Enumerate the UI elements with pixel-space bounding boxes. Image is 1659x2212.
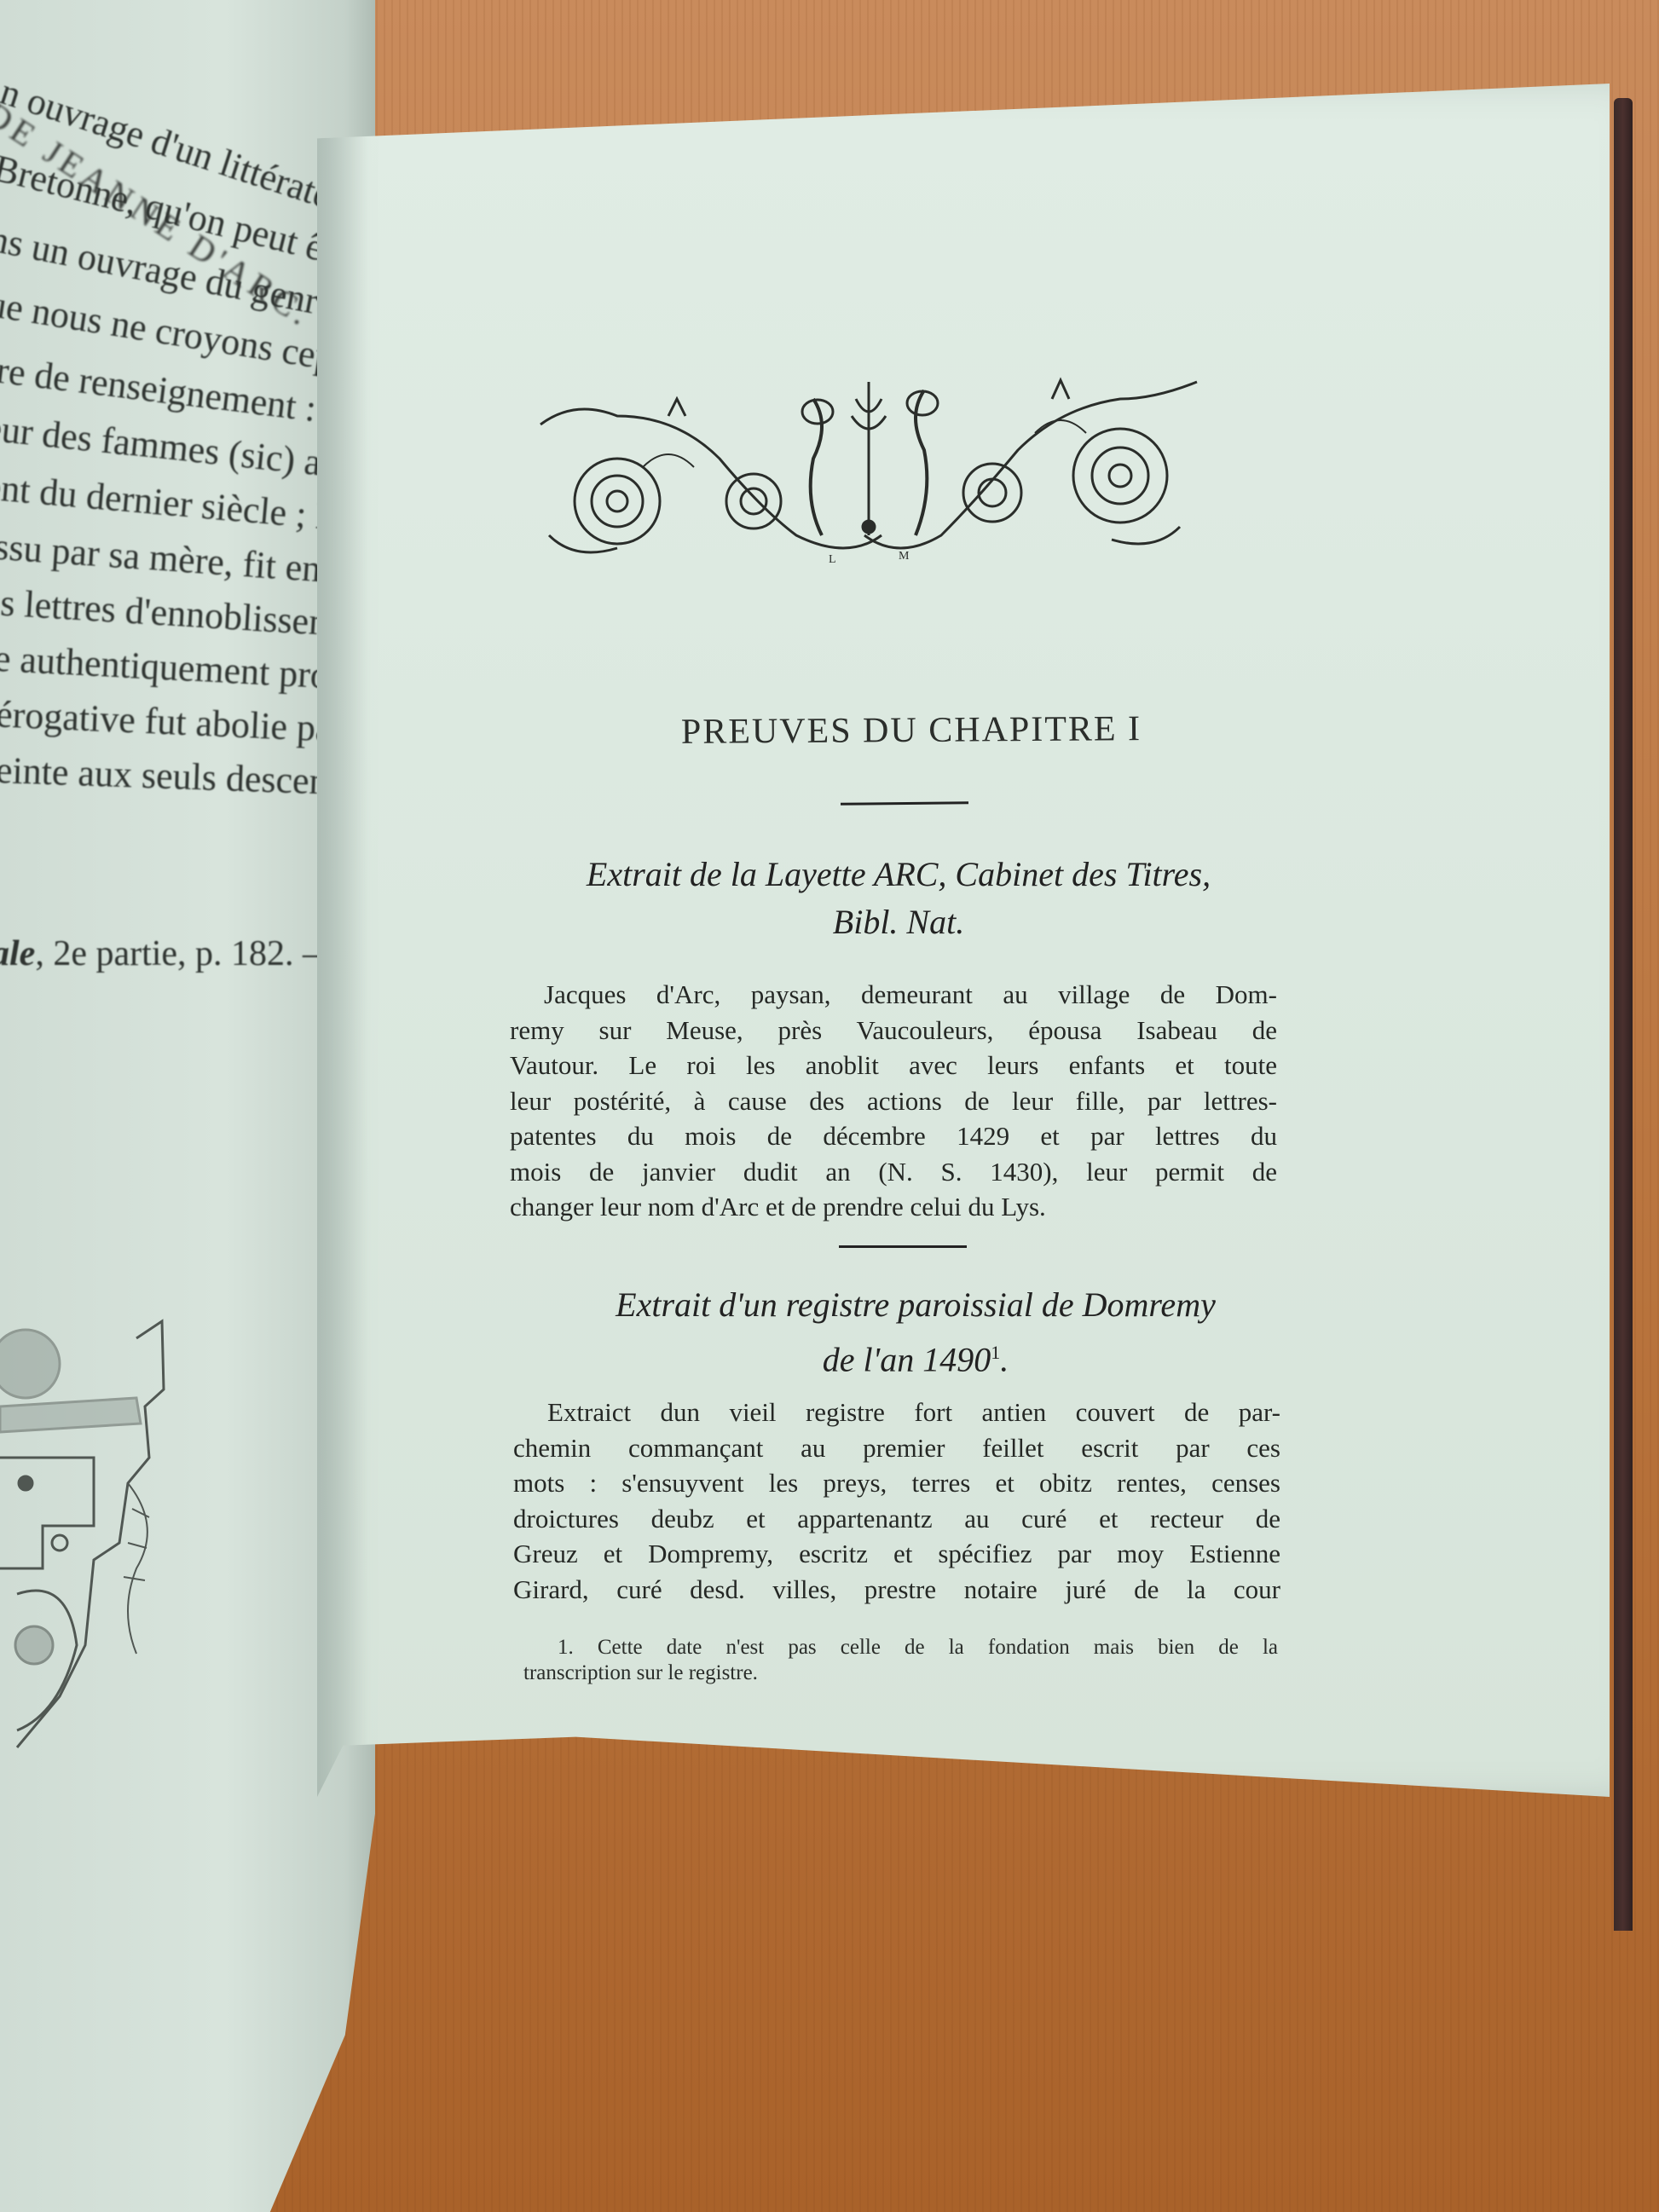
footnote: 1. Cette date n'est pas celle de la fond… xyxy=(523,1635,1278,1686)
book-spine-edge xyxy=(1614,98,1633,1931)
left-page-text: n ouvrage d'un littérateur du Bretonne, … xyxy=(0,179,341,813)
left-page-reference: ale, 2e partie, p. 182. — La xyxy=(0,933,332,974)
body-line: changer leur nom d'Arc et de prendre cel… xyxy=(510,1189,1277,1225)
body-line: droictures deubz et appartenantz au curé… xyxy=(513,1501,1280,1537)
section-body-1: Jacques d'Arc, paysan, demeurant au vill… xyxy=(510,977,1277,1225)
chapter-title: PREUVES DU CHAPITRE I xyxy=(634,708,1188,754)
title-rule-divider xyxy=(841,801,968,806)
section-heading-1: Extrait de la Layette ARC, Cabinet des T… xyxy=(506,851,1291,946)
heading-period: . xyxy=(1000,1340,1009,1378)
heading-line: Bibl. Nat. xyxy=(506,898,1291,946)
body-line: remy sur Meuse, près Vaucouleurs, épousa… xyxy=(510,1013,1277,1048)
section-rule-divider xyxy=(839,1245,967,1248)
svg-text:M: M xyxy=(899,550,910,563)
body-line: mots : s'ensuyvent les preys, terres et … xyxy=(513,1465,1280,1501)
heading-line: Extrait d'un registre paroissial de Domr… xyxy=(523,1281,1308,1329)
body-line: Jacques d'Arc, paysan, demeurant au vill… xyxy=(510,977,1277,1013)
body-line: Extraict dun vieil registre fort antien … xyxy=(513,1395,1280,1430)
body-line: mois de janvier dudit an (N. S. 1430), l… xyxy=(510,1154,1277,1190)
heading-line: Extrait de la Layette ARC, Cabinet des T… xyxy=(506,851,1291,898)
body-line: Girard, curé desd. villes, prestre notai… xyxy=(513,1572,1280,1608)
footnote-mark: 1 xyxy=(991,1342,1000,1363)
heading-line-with-note: de l'an 14901. xyxy=(523,1329,1308,1383)
gutter-shadow xyxy=(317,84,368,1797)
section-body-2: Extraict dun vieil registre fort antien … xyxy=(513,1395,1280,1607)
section-heading-2: Extrait d'un registre paroissial de Domr… xyxy=(523,1281,1308,1383)
body-line: Greuz et Dompremy, escritz et spécifiez … xyxy=(513,1536,1280,1572)
headpiece-ornament-icon: L M xyxy=(523,365,1214,569)
body-line: patentes du mois de décembre 1429 et par… xyxy=(510,1118,1277,1154)
body-line: leur postérité, à cause des actions de l… xyxy=(510,1083,1277,1119)
right-page: L M PREUVES DU CHAPITRE I Extrait de la … xyxy=(317,84,1610,1797)
svg-text:L: L xyxy=(829,553,836,566)
reference-italic: ale xyxy=(0,934,35,973)
heading-text: de l'an 1490 xyxy=(823,1340,991,1378)
body-line: chemin commançant au premier feillet esc… xyxy=(513,1430,1280,1466)
coat-of-arms-engraving-icon xyxy=(0,1287,205,1764)
footnote-line: transcription sur le registre. xyxy=(523,1660,1278,1686)
body-line: Vautour. Le roi les anoblit avec leurs e… xyxy=(510,1048,1277,1083)
footnote-line: 1. Cette date n'est pas celle de la fond… xyxy=(523,1635,1278,1660)
